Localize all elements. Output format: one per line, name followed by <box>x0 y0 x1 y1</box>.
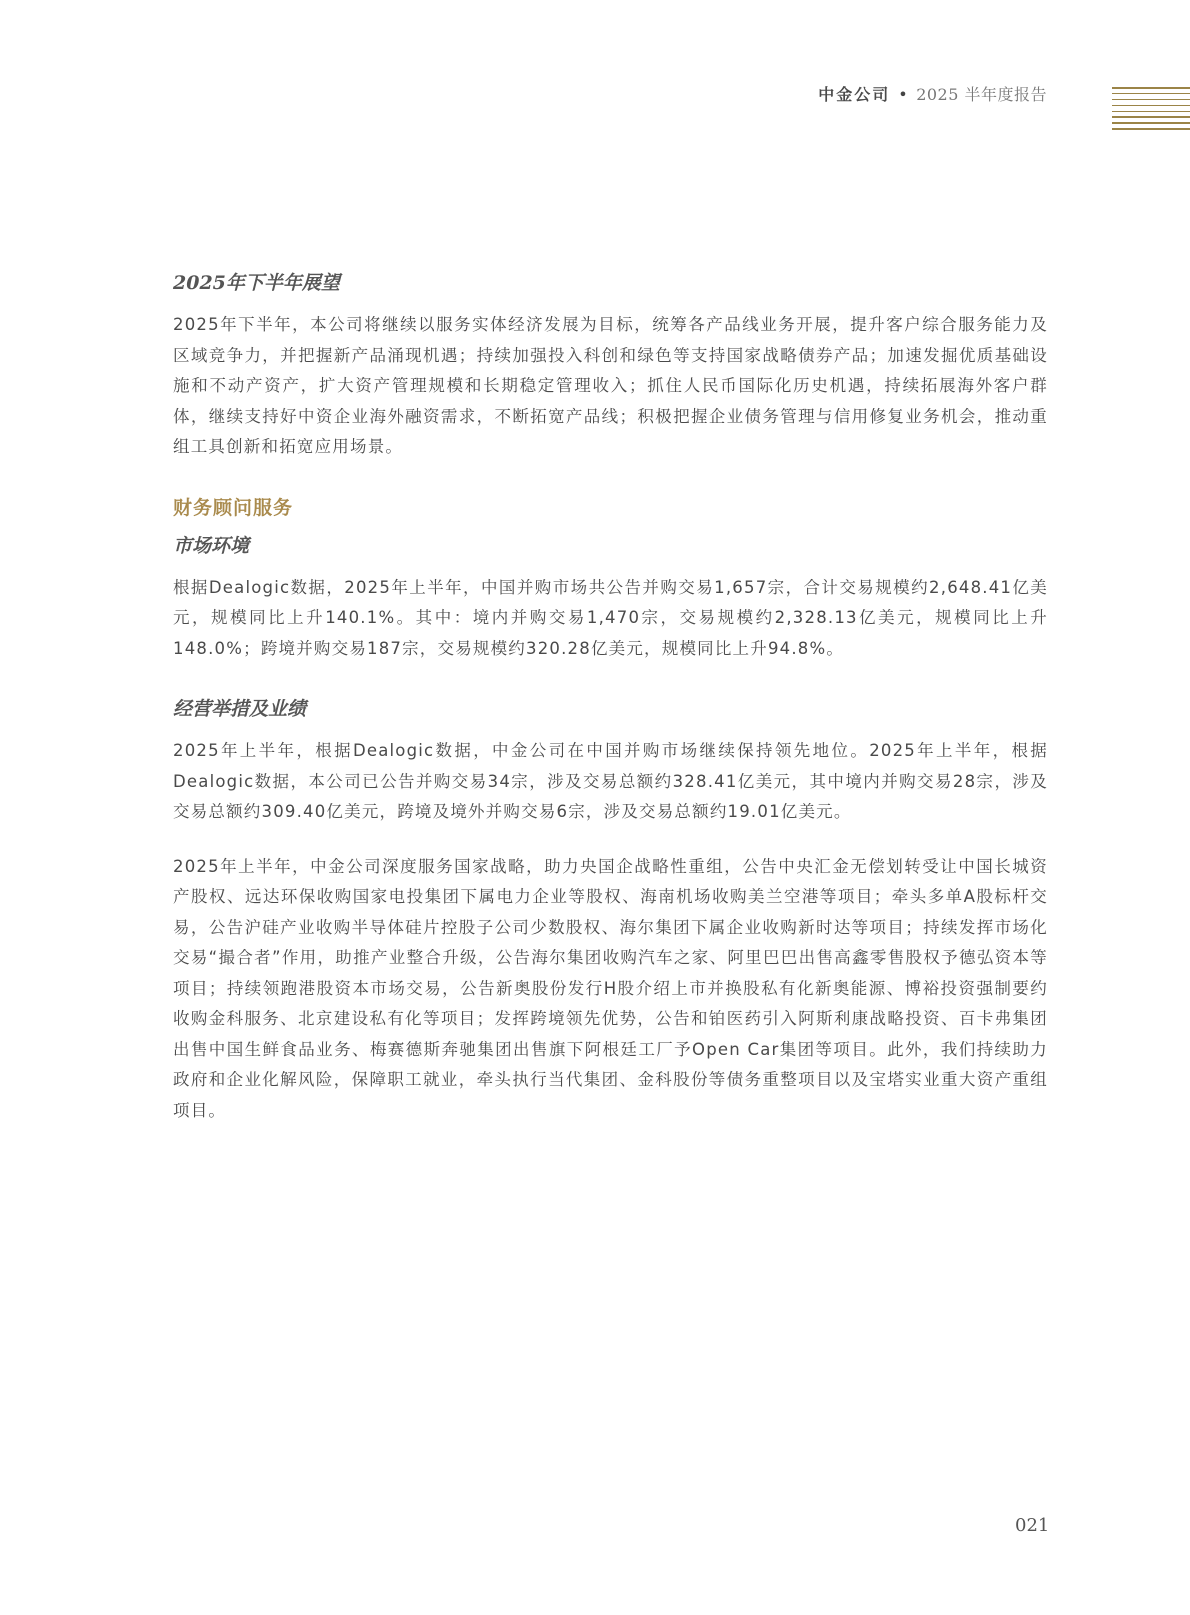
performance-paragraph-1: 2025年上半年，根据Dealogic数据，中金公司在中国并购市场继续保持领先地… <box>173 736 1048 828</box>
running-header: 中金公司•2025 半年度报告 <box>818 82 1047 105</box>
performance-paragraph-2: 2025年上半年，中金公司深度服务国家战略，助力央国企战略性重组，公告中央汇金无… <box>173 852 1048 1127</box>
page-content: 2025年下半年展望 2025年下半年，本公司将继续以服务实体经济发展为目标，统… <box>173 268 1048 1126</box>
outlook-heading: 2025年下半年展望 <box>173 268 1048 298</box>
outlook-paragraph: 2025年下半年，本公司将继续以服务实体经济发展为目标，统筹各产品线业务开展，提… <box>173 310 1048 463</box>
advisory-section-title: 财务顾问服务 <box>173 493 1048 523</box>
header-bullet: • <box>898 85 908 104</box>
performance-heading: 经营举措及业绩 <box>173 694 1048 724</box>
market-paragraph: 根据Dealogic数据，2025年上半年，中国并购市场共公告并购交易1,657… <box>173 573 1048 665</box>
page-number: 021 <box>1015 1515 1049 1536</box>
market-heading: 市场环境 <box>173 531 1048 561</box>
decorative-stripes-icon <box>1112 87 1190 133</box>
header-company: 中金公司 <box>818 85 890 104</box>
header-report-title: 2025 半年度报告 <box>916 85 1047 104</box>
